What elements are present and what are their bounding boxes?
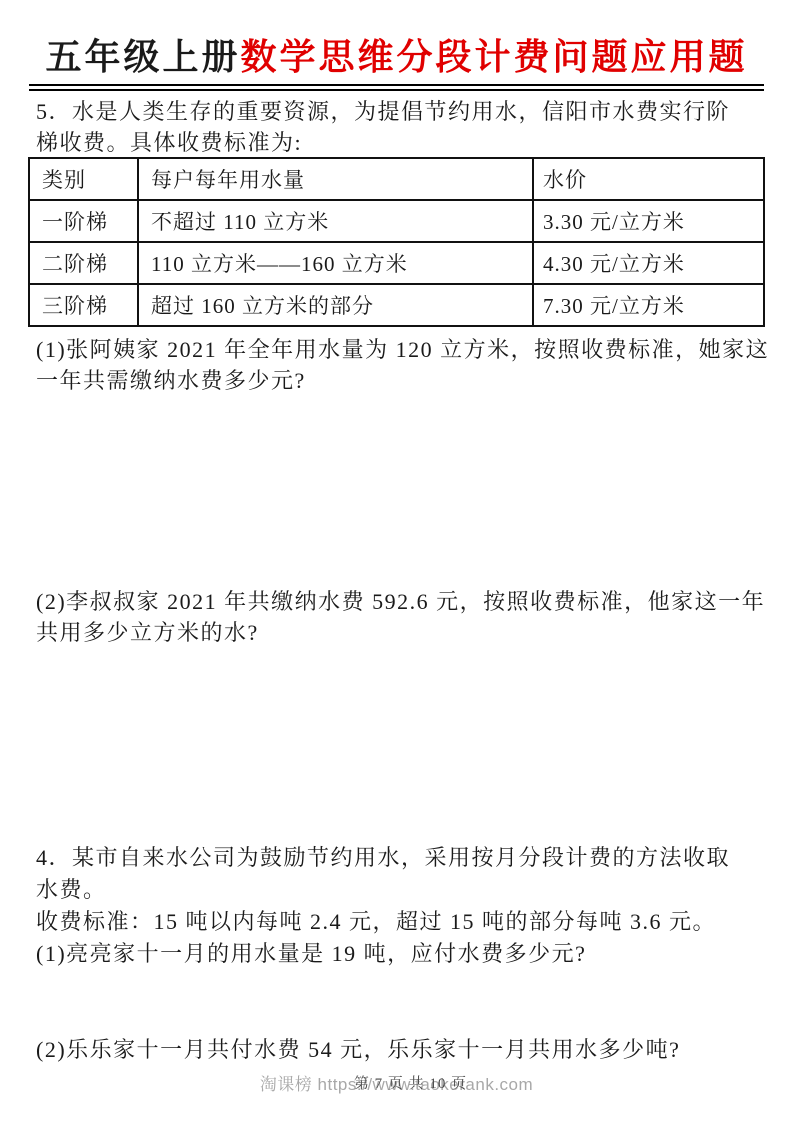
problem4-question1: (1)亮亮家十一月的用水量是 19 吨，应付水费多少元? <box>36 938 776 970</box>
title-topic-part: 数学思维分段计费问题应用题 <box>241 37 748 77</box>
problem4-question2-line: (2)乐乐家十一月共付水费 54 元，乐乐家十一月共用水多少吨? <box>36 1034 776 1065</box>
problem5-question2-line: (2)李叔叔家 2021 年共缴纳水费 592.6 元，按照收费标准，他家这一年 <box>36 586 776 617</box>
header-cell-usage: 每户每年用水量 <box>138 158 533 200</box>
cell-price: 7.30 元/立方米 <box>533 284 764 326</box>
table-row-tier2: 二阶梯 110 立方米——160 立方米 4.30 元/立方米 <box>29 242 764 284</box>
problem5-intro: 5．水是人类生存的重要资源，为提倡节约用水，信阳市水费实行阶 梯收费。具体收费标… <box>36 96 776 158</box>
problem5-question1: (1)张阿姨家 2021 年全年用水量为 120 立方米，按照收费标准，她家这 … <box>36 334 776 396</box>
header-cell-price: 水价 <box>533 158 764 200</box>
doc-title-text: 五年级上册数学思维分段计费问题应用题 <box>29 34 764 80</box>
worksheet-page: 五年级上册数学思维分段计费问题应用题 5．水是人类生存的重要资源，为提倡节约用水… <box>0 0 793 1122</box>
table-header-row: 类别 每户每年用水量 水价 <box>29 158 764 200</box>
problem5-intro-line: 梯收费。具体收费标准为: <box>36 127 776 158</box>
cell-usage: 不超过 110 立方米 <box>138 200 533 242</box>
page-number-text: 第 7 页 共 10 页 <box>14 1072 793 1093</box>
problem4-fee-standard: 收费标准：15 吨以内每吨 2.4 元，超过 15 吨的部分每吨 3.6 元。 <box>36 906 776 938</box>
doc-title: 五年级上册数学思维分段计费问题应用题 <box>29 34 764 91</box>
cell-category: 二阶梯 <box>29 242 138 284</box>
page-footer: 淘课榜 https://www.taokerank.com 第 7 页 共 10… <box>0 1070 793 1100</box>
cell-price: 4.30 元/立方米 <box>533 242 764 284</box>
title-grade-part: 五年级上册 <box>45 37 240 77</box>
problem5-question1-line: 一年共需缴纳水费多少元? <box>36 365 776 396</box>
problem5-question1-line: (1)张阿姨家 2021 年全年用水量为 120 立方米，按照收费标准，她家这 <box>36 334 776 365</box>
cell-category: 三阶梯 <box>29 284 138 326</box>
problem5-question2-line: 共用多少立方米的水? <box>36 617 776 648</box>
problem4-question2: (2)乐乐家十一月共付水费 54 元，乐乐家十一月共用水多少吨? <box>36 1034 776 1065</box>
water-fee-table: 类别 每户每年用水量 水价 一阶梯 不超过 110 立方米 3.30 元/立方米… <box>28 157 765 327</box>
problem4-block: 4．某市自来水公司为鼓励节约用水，采用按月分段计费的方法收取 水费。 收费标准：… <box>36 842 776 970</box>
problem4-intro-line: 水费。 <box>36 874 776 906</box>
cell-category: 一阶梯 <box>29 200 138 242</box>
problem4-intro-line: 4．某市自来水公司为鼓励节约用水，采用按月分段计费的方法收取 <box>36 842 776 874</box>
cell-usage: 110 立方米——160 立方米 <box>138 242 533 284</box>
table-row-tier1: 一阶梯 不超过 110 立方米 3.30 元/立方米 <box>29 200 764 242</box>
table-row-tier3: 三阶梯 超过 160 立方米的部分 7.30 元/立方米 <box>29 284 764 326</box>
problem5-question2: (2)李叔叔家 2021 年共缴纳水费 592.6 元，按照收费标准，他家这一年… <box>36 586 776 648</box>
header-cell-category: 类别 <box>29 158 138 200</box>
problem5-intro-line: 5．水是人类生存的重要资源，为提倡节约用水，信阳市水费实行阶 <box>36 96 776 127</box>
cell-price: 3.30 元/立方米 <box>533 200 764 242</box>
cell-usage: 超过 160 立方米的部分 <box>138 284 533 326</box>
